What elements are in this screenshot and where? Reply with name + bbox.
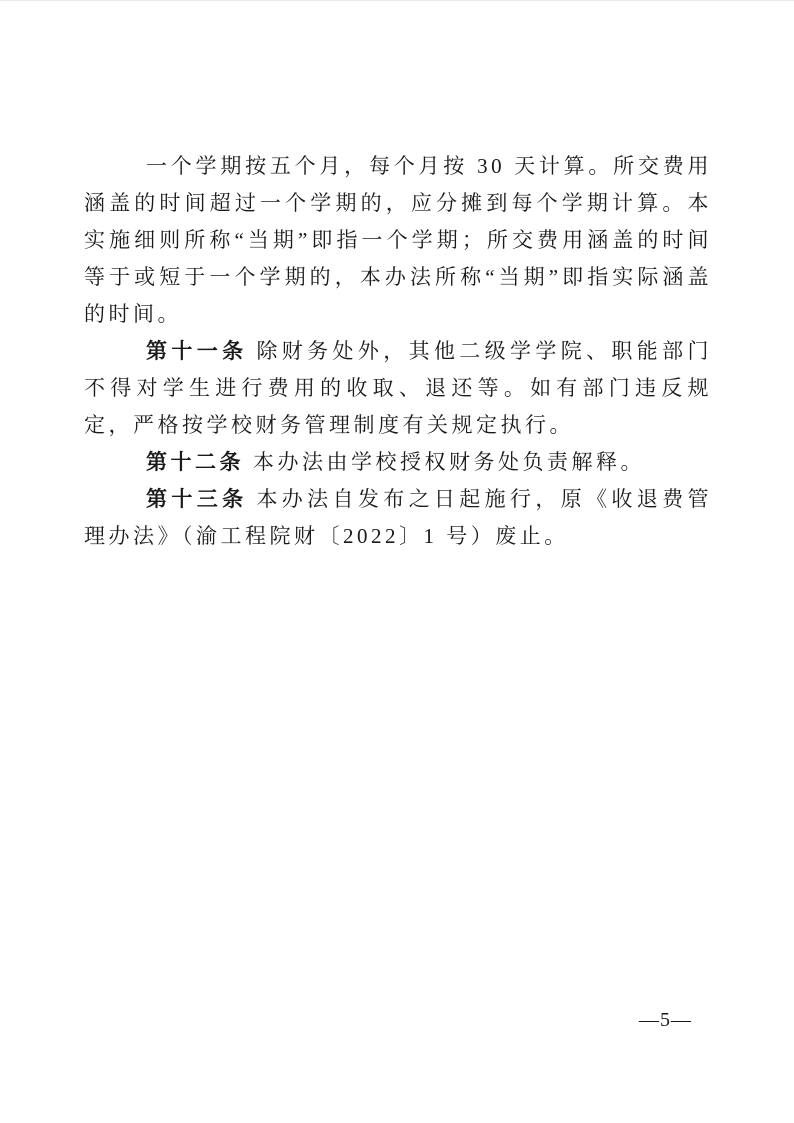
paragraph: 第十三条本办法自发布之日起施行，原《收退费管理办法》（渝工程院财〔2022〕1 … — [84, 481, 712, 555]
paragraph: 第十一条除财务处外，其他二级学学院、职能部门不得对学生进行费用的收取、退还等。如… — [84, 333, 712, 444]
paragraph-text: 本办法由学校授权财务处负责解释。 — [253, 450, 645, 474]
paragraph: 一个学期按五个月，每个月按 30 天计算。所交费用涵盖的时间超过一个学期的，应分… — [84, 148, 712, 333]
article-label: 第十二条 — [146, 450, 244, 474]
article-label: 第十一条 — [146, 339, 247, 363]
document-body: 一个学期按五个月，每个月按 30 天计算。所交费用涵盖的时间超过一个学期的，应分… — [84, 148, 712, 555]
article-label: 第十三条 — [146, 487, 247, 511]
paragraph-text: 一个学期按五个月，每个月按 30 天计算。所交费用涵盖的时间超过一个学期的，应分… — [84, 154, 712, 326]
paragraph: 第十二条本办法由学校授权财务处负责解释。 — [84, 444, 712, 481]
document-page: 一个学期按五个月，每个月按 30 天计算。所交费用涵盖的时间超过一个学期的，应分… — [0, 0, 794, 1123]
page-number: —5— — [639, 1009, 692, 1032]
